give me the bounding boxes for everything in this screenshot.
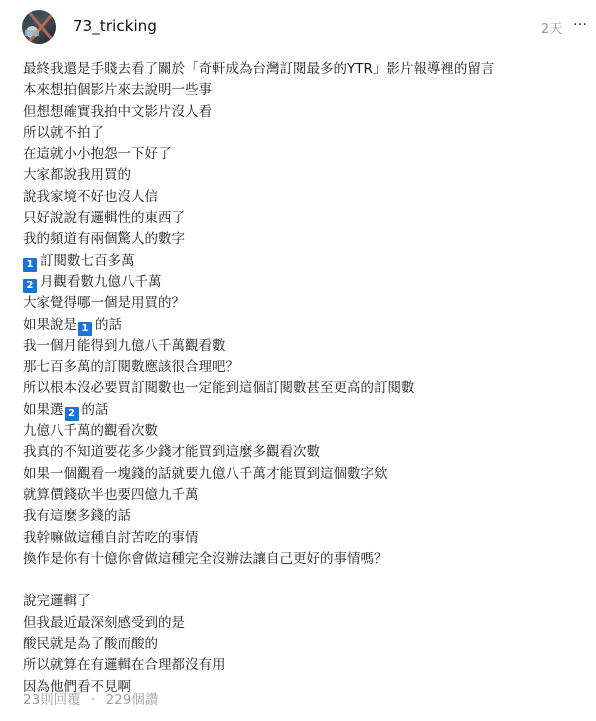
line-text: 只好說說有邏輯性的東西了 xyxy=(23,210,185,226)
post-line: 說我家境不好也沒人信 xyxy=(23,187,583,208)
keycap-number-1-icon: 1 xyxy=(23,258,37,272)
line-text: 最終我還是手賤去看了關於「奇軒成為台灣訂閱最多的YTR」影片報導裡的留言 xyxy=(23,61,494,77)
post-line: 說完邏輯了 xyxy=(23,591,583,612)
line-text: 那七百多萬的訂閱數應該很合理吧？ xyxy=(23,359,239,375)
line-text: 我的頻道有兩個驚人的數字 xyxy=(23,231,185,247)
line-text: 我真的不知道要花多少錢才能買到這麼多觀看次數 xyxy=(23,444,320,460)
post-header: 73_tricking 2天 … xyxy=(0,0,596,52)
line-text: 酸民就是為了酸而酸的 xyxy=(23,636,158,652)
avatar[interactable] xyxy=(22,10,56,44)
keycap-number-2-icon: 2 xyxy=(23,279,37,293)
post-line: 如果選2的話 xyxy=(23,400,583,421)
line-text: 我有這麼多錢的話 xyxy=(23,508,131,524)
post-line: 所以根本沒必要買訂閱數也一定能到這個訂閱數甚至更高的訂閱數 xyxy=(23,378,583,399)
line-text: 訂閱數七百多萬 xyxy=(40,253,135,269)
line-text: 的話 xyxy=(95,317,122,333)
post-line: 本來想拍個影片來去說明一些事 xyxy=(23,80,583,101)
post-line: 但我最近最深刻感受到的是 xyxy=(23,613,583,634)
line-text-before: 如果選 xyxy=(23,402,64,418)
post-line: 2月觀看數九億八千萬 xyxy=(23,272,583,293)
post-line: 就算價錢砍半也要四億九千萬 xyxy=(23,485,583,506)
avatar-image-detail xyxy=(25,30,39,36)
line-text: 我一個月能得到九億八千萬觀看數 xyxy=(23,338,226,354)
post-line: 我有這麼多錢的話 xyxy=(23,506,583,527)
likes-count-link[interactable]: 229個讚 xyxy=(106,692,159,708)
line-text: 所以就算在有邏輯在合理都沒有用 xyxy=(23,657,226,673)
post-line: 我幹嘛做這種自討苦吃的事情 xyxy=(23,528,583,549)
line-text: 本來想拍個影片來去說明一些事 xyxy=(23,82,212,98)
post-line: 大家都說我用買的 xyxy=(23,165,583,186)
post-line: 但想想確實我拍中文影片沒人看 xyxy=(23,102,583,123)
keycap-number-1-icon: 1 xyxy=(78,322,92,336)
line-text: 所以根本沒必要買訂閱數也一定能到這個訂閱數甚至更高的訂閱數 xyxy=(23,380,415,396)
post-line: 所以就算在有邏輯在合理都沒有用 xyxy=(23,655,583,676)
line-text: 在這就小小抱怨一下好了 xyxy=(23,146,172,162)
line-text: 所以就不拍了 xyxy=(23,125,104,141)
line-text: 大家都說我用買的 xyxy=(23,167,131,183)
line-text: 但想想確實我拍中文影片沒人看 xyxy=(23,104,212,120)
post-line: 我真的不知道要花多少錢才能買到這麼多觀看次數 xyxy=(23,442,583,463)
post-line: 九億八千萬的觀看次數 xyxy=(23,421,583,442)
line-text: 九億八千萬的觀看次數 xyxy=(23,423,158,439)
more-options-icon[interactable]: … xyxy=(573,13,586,29)
line-text: 但我最近最深刻感受到的是 xyxy=(23,615,185,631)
post-line: 1訂閱數七百多萬 xyxy=(23,251,583,272)
line-text: 說完邏輯了 xyxy=(23,593,91,609)
keycap-number-2-icon: 2 xyxy=(65,407,79,421)
post-line: 如果一個觀看一塊錢的話就要九億八千萬才能買到這個數字欸 xyxy=(23,464,583,485)
post-line: 我的頻道有兩個驚人的數字 xyxy=(23,229,583,250)
post-line: 如果說是1的話 xyxy=(23,315,583,336)
separator: · xyxy=(91,692,95,708)
line-text: 月觀看數九億八千萬 xyxy=(40,274,162,290)
line-text: 如果一個觀看一塊錢的話就要九億八千萬才能買到這個數字欸 xyxy=(23,466,388,482)
line-text: 換作是你有十億你會做這種完全沒辦法讓自己更好的事情嗎？ xyxy=(23,551,388,567)
post-line: 那七百多萬的訂閱數應該很合理吧？ xyxy=(23,357,583,378)
blank-line xyxy=(23,570,583,591)
line-text: 就算價錢砍半也要四億九千萬 xyxy=(23,487,199,503)
post-line: 酸民就是為了酸而酸的 xyxy=(23,634,583,655)
post-line: 只好說說有邏輯性的東西了 xyxy=(23,208,583,229)
post-line: 所以就不拍了 xyxy=(23,123,583,144)
line-text: 我幹嘛做這種自討苦吃的事情 xyxy=(23,530,199,546)
username-link[interactable]: 73_tricking xyxy=(73,17,157,35)
replies-count-link[interactable]: 23則回覆 xyxy=(23,692,81,708)
post-line: 在這就小小抱怨一下好了 xyxy=(23,144,583,165)
line-text-before: 如果說是 xyxy=(23,317,77,333)
line-text: 的話 xyxy=(82,402,109,418)
post-line: 最終我還是手賤去看了關於「奇軒成為台灣訂閱最多的YTR」影片報導裡的留言 xyxy=(23,59,583,80)
post-line: 我一個月能得到九億八千萬觀看數 xyxy=(23,336,583,357)
post-body: 最終我還是手賤去看了關於「奇軒成為台灣訂閱最多的YTR」影片報導裡的留言本來想拍… xyxy=(23,59,583,698)
post-footer: 23則回覆 · 229個讚 xyxy=(23,688,158,708)
post-line: 換作是你有十億你會做這種完全沒辦法讓自己更好的事情嗎？ xyxy=(23,549,583,570)
post-line: 大家覺得哪一個是用買的？ xyxy=(23,293,583,314)
line-text: 大家覺得哪一個是用買的？ xyxy=(23,295,185,311)
timestamp[interactable]: 2天 xyxy=(541,18,562,37)
line-text: 說我家境不好也沒人信 xyxy=(23,189,158,205)
